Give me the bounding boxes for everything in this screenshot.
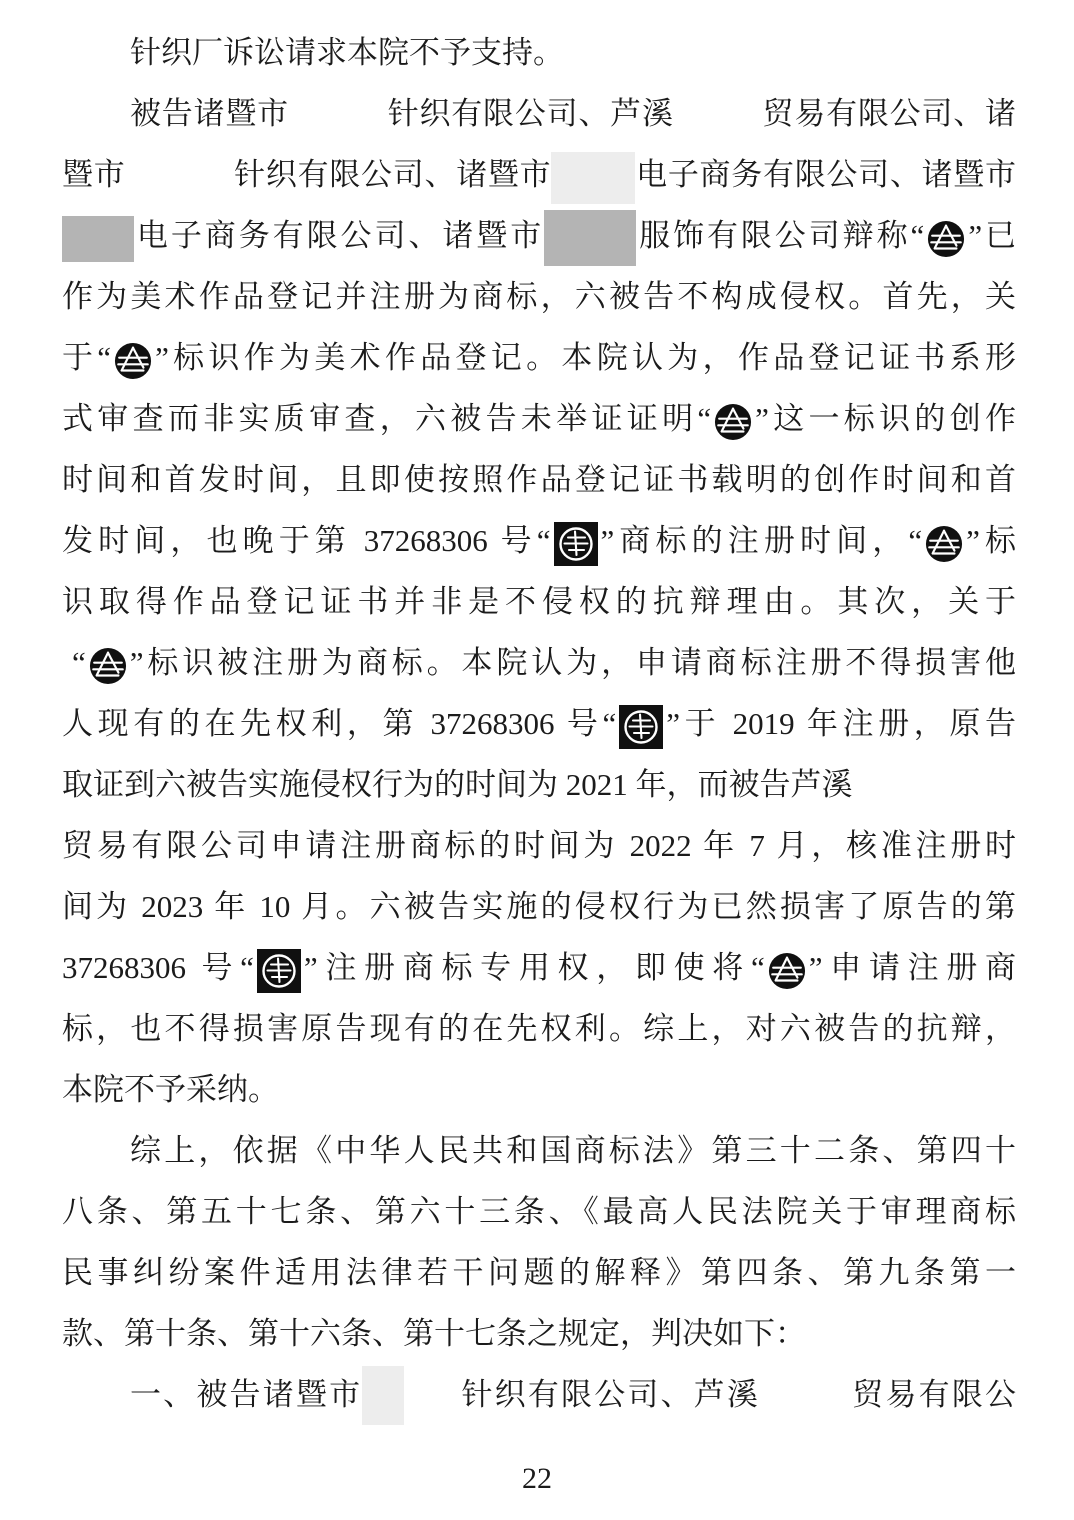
text-line: 一、被告诸暨市针织有限公司、芦溪贸易有限公 <box>62 1364 1016 1425</box>
text-line: 作为美术作品登记并注册为商标，六被告不构成侵权。首先，关 <box>62 266 1016 327</box>
text-line: 民事纠纷案件适用法律若干问题的解释》第四条、第九条第一 <box>62 1242 1016 1303</box>
document-body: 针织厂诉讼请求本院不予支持。被告诸暨市针织有限公司、芦溪贸易有限公司、诸暨市针织… <box>62 22 1016 1425</box>
text-run: 37268306 号“ <box>62 950 254 985</box>
text-line: 间为 2023 年 10 月。六被告实施的侵权行为已然损害了原告的第 <box>62 876 1016 937</box>
text-run: 时间和首发时间，且即使按照作品登记证书载明的创作时间和首 <box>62 462 1016 497</box>
text-line: 于“”标识作为美术作品登记。本院认为，作品登记证书系形 <box>62 327 1016 388</box>
text-run: ”注册商标专用权，即使将“ <box>304 950 765 985</box>
text-line: 标，也不得损害原告现有的在先权利。综上，对六被告的抗辩， <box>62 998 1016 1059</box>
text-run: ”标 <box>966 523 1016 558</box>
text-run: 民事纠纷案件适用法律若干问题的解释》第四条、第九条第一 <box>62 1255 1016 1290</box>
text-run: 服饰有限公司辩称“ <box>636 218 924 253</box>
text-line: 贸易有限公司申请注册商标的时间为 2022 年 7 月，核准注册时 <box>62 815 1016 876</box>
text-run: 暨市 <box>62 157 125 192</box>
text-line: 暨市针织有限公司、诸暨市电子商务有限公司、诸暨市 <box>62 144 1016 205</box>
trademark-logo-square-icon <box>554 522 598 566</box>
trademark-logo-circle-icon <box>714 403 752 441</box>
redaction-gap <box>404 1403 459 1405</box>
redaction-box <box>62 216 134 262</box>
redaction-box <box>551 152 635 204</box>
trademark-logo-circle-icon <box>89 647 127 685</box>
text-line: 电子商务有限公司、诸暨市服饰有限公司辩称“”已 <box>62 205 1016 266</box>
trademark-logo-circle-icon <box>768 952 806 990</box>
text-line: 本院不予采纳。 <box>62 1059 1016 1120</box>
text-run: 针织有限公司、芦溪 <box>459 1377 760 1412</box>
text-run: 款、第十条、第十六条、第十七条之规定，判决如下： <box>62 1316 806 1351</box>
text-line: 被告诸暨市针织有限公司、芦溪贸易有限公司、诸 <box>62 83 1016 144</box>
text-run: ”于 2019 年注册，原告 <box>666 706 1016 741</box>
trademark-logo-circle-icon <box>925 525 963 563</box>
text-line: 时间和首发时间，且即使按照作品登记证书载明的创作时间和首 <box>62 449 1016 510</box>
redaction-gap <box>289 122 387 124</box>
text-run: 作为美术作品登记并注册为商标，六被告不构成侵权。首先，关 <box>62 279 1016 314</box>
text-run: 八条、第五十七条、第六十三条、《最高人民法院关于审理商标 <box>62 1194 1016 1229</box>
text-run: ”标识作为美术作品登记。本院认为，作品登记证书系形 <box>155 340 1016 375</box>
trademark-logo-square-icon <box>619 705 663 749</box>
text-run: 贸易有限公司、诸 <box>762 96 1016 131</box>
text-run: 针织厂诉讼请求本院不予支持。 <box>130 35 564 70</box>
text-run: 综上，依据《中华人民共和国商标法》第三十二条、第四十 <box>130 1133 1016 1168</box>
text-run: 针织有限公司、诸暨市 <box>233 157 551 192</box>
text-run: “ <box>72 645 86 680</box>
trademark-logo-circle-icon <box>927 220 965 258</box>
text-line: 综上，依据《中华人民共和国商标法》第三十二条、第四十 <box>62 1120 1016 1181</box>
text-run: 标，也不得损害原告现有的在先权利。综上，对六被告的抗辩， <box>62 1011 1016 1046</box>
text-line: “”标识被注册为商标。本院认为，申请商标注册不得损害他 <box>62 632 1016 693</box>
text-line: 款、第十条、第十六条、第十七条之规定，判决如下： <box>62 1303 1016 1364</box>
text-run: 人现有的在先权利，第 37268306 号“ <box>62 706 616 741</box>
text-run: ”标识被注册为商标。本院认为，申请商标注册不得损害他 <box>130 645 1016 680</box>
text-line: 式审查而非实质审查，六被告未举证证明“”这一标识的创作 <box>62 388 1016 449</box>
redaction-gap <box>674 122 762 124</box>
text-run: ”这一标识的创作 <box>755 401 1016 436</box>
text-run: 本院不予采纳。 <box>62 1072 279 1107</box>
redaction-box <box>362 1366 404 1425</box>
text-run: 间为 2023 年 10 月。六被告实施的侵权行为已然损害了原告的第 <box>62 889 1016 924</box>
text-run: 发时间，也晚于第 37268306 号“ <box>62 523 551 558</box>
redaction-gap <box>125 183 233 185</box>
text-run: 针织有限公司、芦溪 <box>387 96 674 131</box>
text-line: 取证到六被告实施侵权行为的时间为 2021 年，而被告芦溪 <box>62 754 1016 815</box>
redaction-box <box>544 210 636 266</box>
redaction-gap <box>760 1403 850 1405</box>
text-run: ”已 <box>968 218 1016 253</box>
trademark-logo-circle-icon <box>114 342 152 380</box>
text-run: ”商标的注册时间，“ <box>601 523 923 558</box>
text-run: 一、被告诸暨市 <box>130 1377 362 1412</box>
text-run: ”申请注册商 <box>809 950 1016 985</box>
text-run: 贸易有限公 <box>850 1377 1016 1412</box>
text-run: 电子商务有限公司、诸暨市 <box>635 157 1016 192</box>
redaction-gap <box>62 671 72 673</box>
text-line: 八条、第五十七条、第六十三条、《最高人民法院关于审理商标 <box>62 1181 1016 1242</box>
text-line: 识取得作品登记证书并非是不侵权的抗辩理由。其次，关于 <box>62 571 1016 632</box>
text-run: 电子商务有限公司、诸暨市 <box>134 218 544 253</box>
text-run: 识取得作品登记证书并非是不侵权的抗辩理由。其次，关于 <box>62 584 1016 619</box>
text-run: 取证到六被告实施侵权行为的时间为 2021 年，而被告芦溪 <box>62 767 853 802</box>
page-number: 22 <box>0 1462 1074 1496</box>
trademark-logo-square-icon <box>257 949 301 993</box>
text-run: 于“ <box>62 340 111 375</box>
text-line: 人现有的在先权利，第 37268306 号“”于 2019 年注册，原告 <box>62 693 1016 754</box>
document-page: 针织厂诉讼请求本院不予支持。被告诸暨市针织有限公司、芦溪贸易有限公司、诸暨市针织… <box>0 0 1074 1520</box>
text-run: 被告诸暨市 <box>130 96 289 131</box>
text-run: 贸易有限公司申请注册商标的时间为 2022 年 7 月，核准注册时 <box>62 828 1016 863</box>
text-run: 式审查而非实质审查，六被告未举证证明“ <box>62 401 711 436</box>
text-line: 针织厂诉讼请求本院不予支持。 <box>62 22 1016 83</box>
text-line: 37268306 号“”注册商标专用权，即使将“”申请注册商 <box>62 937 1016 998</box>
text-line: 发时间，也晚于第 37268306 号“”商标的注册时间，“”标 <box>62 510 1016 571</box>
